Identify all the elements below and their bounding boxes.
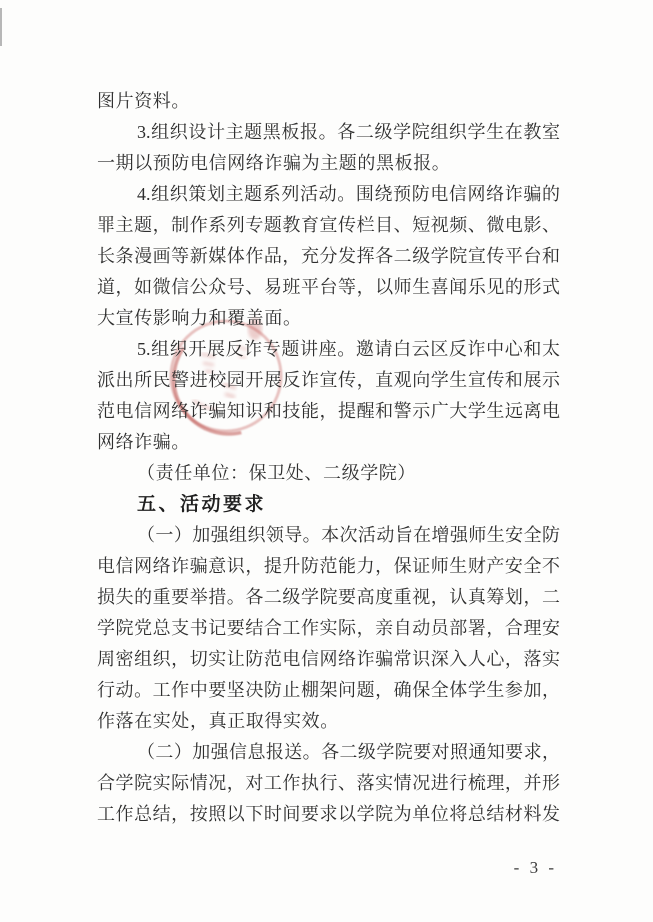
text-line: 电信网络诈骗意识，提升防范能力，保证师生财产安全不受 bbox=[97, 551, 560, 582]
text-line: 长条漫画等新媒体作品，充分发挥各二级学院宣传平台和渠 bbox=[97, 241, 560, 272]
page-number: - 3 - bbox=[514, 858, 557, 878]
text-line: 派出所民警进校园开展反诈宣传，直观向学生宣传和展示防 bbox=[97, 365, 560, 396]
scan-edge-artifact bbox=[0, 8, 2, 46]
text-line: （责任单位：保卫处、二级学院） bbox=[97, 458, 560, 489]
text-line: 一期以预防电信网络诈骗为主题的黑板报。 bbox=[97, 148, 560, 179]
text-line: 工作总结，按照以下时间要求以学院为单位将总结材料发送 bbox=[97, 799, 560, 830]
text-line: （二）加强信息报送。各二级学院要对照通知要求，结 bbox=[97, 737, 560, 768]
text-line: 作落在实处，真正取得实效。 bbox=[97, 706, 560, 737]
text-line: 3.组织设计主题黑板报。各二级学院组织学生在教室出 bbox=[97, 117, 560, 148]
scanned-document-page: 图片资料。3.组织设计主题黑板报。各二级学院组织学生在教室出一期以预防电信网络诈… bbox=[0, 0, 653, 922]
text-line: （一）加强组织领导。本次活动旨在增强师生安全防范 bbox=[97, 520, 560, 551]
text-line: 4.组织策划主题系列活动。围绕预防电信网络诈骗的犯 bbox=[97, 179, 560, 210]
text-line: 行动。工作中要坚决防止棚架问题，确保全体学生参加，工 bbox=[97, 675, 560, 706]
text-line: 图片资料。 bbox=[97, 86, 560, 117]
text-line: 罪主题，制作系列专题教育宣传栏目、短视频、微电影、H5、 bbox=[97, 210, 560, 241]
section-heading: 五、活动要求 bbox=[97, 489, 560, 520]
text-line: 损失的重要举措。各二级学院要高度重视，认真筹划，二级 bbox=[97, 582, 560, 613]
text-line: 范电信网络诈骗知识和技能，提醒和警示广大学生远离电信 bbox=[97, 396, 560, 427]
text-line: 道，如微信公众号、易班平台等，以师生喜闻乐见的形式扩 bbox=[97, 272, 560, 303]
text-line: 周密组织，切实让防范电信网络诈骗常识深入人心，落实于 bbox=[97, 644, 560, 675]
text-line: 学院党总支书记要结合工作实际，亲自动员部署，合理安排， bbox=[97, 613, 560, 644]
text-line: 大宣传影响力和覆盖面。 bbox=[97, 303, 560, 334]
text-line: 5.组织开展反诈专题讲座。邀请白云区反诈中心和太和 bbox=[97, 334, 560, 365]
text-line: 网络诈骗。 bbox=[97, 427, 560, 458]
text-line: 合学院实际情况，对工作执行、落实情况进行梳理，并形成 bbox=[97, 768, 560, 799]
document-body: 图片资料。3.组织设计主题黑板报。各二级学院组织学生在教室出一期以预防电信网络诈… bbox=[97, 86, 560, 830]
